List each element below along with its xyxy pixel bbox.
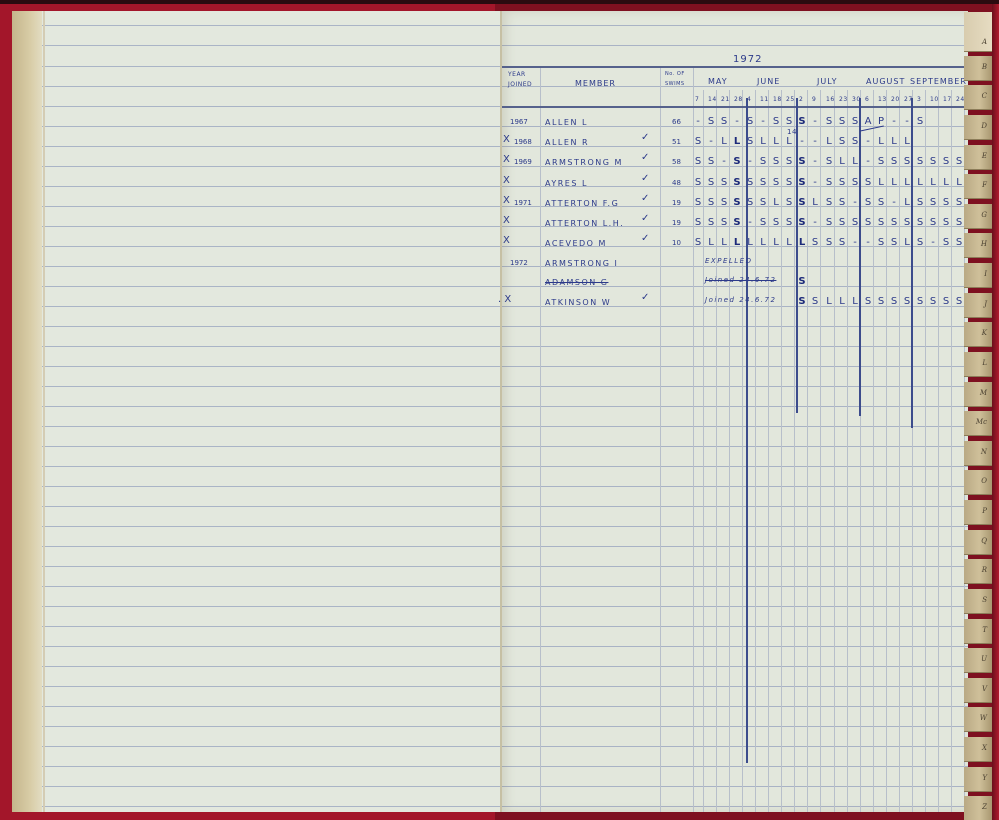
index-tab-letter: F: [982, 181, 987, 189]
index-tab-letter: T: [982, 626, 987, 634]
attendance-mark: S: [693, 137, 703, 147]
attendance-mark: L: [850, 297, 860, 307]
attendance-mark: S: [810, 238, 820, 248]
index-tab-g[interactable]: G: [964, 204, 992, 229]
attendance-mark: S: [758, 198, 768, 208]
date-label: 18: [773, 97, 782, 103]
attendance-mark: L: [902, 238, 912, 248]
attendance-mark: L: [706, 238, 716, 248]
index-tab-letter: I: [984, 270, 987, 278]
grid-column-line: [951, 90, 952, 812]
attendance-mark: L: [771, 238, 781, 248]
attendance-mark: L: [784, 238, 794, 248]
index-tab-letter: W: [980, 714, 987, 722]
attendance-mark: S: [837, 117, 847, 127]
member-name: ACEVEDO M: [545, 240, 607, 248]
attendance-mark: S: [837, 178, 847, 188]
attendance-mark: S: [706, 178, 716, 188]
index-tab-letter: H: [981, 240, 987, 248]
attendance-mark: L: [797, 238, 807, 248]
attendance-mark: S: [876, 157, 886, 167]
attendance-mark: S: [706, 117, 716, 127]
attendance-mark: S: [810, 297, 820, 307]
index-tab-c[interactable]: C: [964, 85, 992, 110]
attendance-mark: -: [810, 178, 820, 188]
index-tab-letter: Mc: [976, 418, 987, 426]
attendance-mark: S: [863, 297, 873, 307]
index-tab-letter: P: [982, 507, 987, 515]
attendance-mark: L: [902, 137, 912, 147]
month-label-august: AUGUST: [866, 78, 905, 86]
attendance-mark: -: [863, 238, 873, 248]
attendance-mark: S: [941, 297, 951, 307]
attendance-mark: S: [824, 157, 834, 167]
header-swims-2: SWIMS: [665, 82, 685, 87]
month-label-may: MAY: [708, 78, 728, 86]
attendance-mark: S: [902, 157, 912, 167]
grid-column-line: [820, 90, 821, 812]
attendance-mark: L: [941, 178, 951, 188]
year-joined: 1971: [514, 200, 532, 207]
annotation-note: 14: [787, 129, 797, 136]
index-tab-l[interactable]: L: [964, 352, 992, 377]
index-tab-letter: C: [982, 92, 987, 100]
index-tab-t[interactable]: T: [964, 619, 992, 644]
attendance-mark: L: [876, 178, 886, 188]
attendance-mark: -: [706, 137, 716, 147]
swim-count: 19: [672, 220, 681, 227]
attendance-mark: L: [850, 157, 860, 167]
attendance-mark: S: [889, 297, 899, 307]
attendance-mark: S: [850, 218, 860, 228]
attendance-mark: -: [693, 117, 703, 127]
header-year-joined-1: YEAR: [508, 72, 526, 78]
attendance-mark: S: [732, 218, 742, 228]
attendance-mark: S: [732, 178, 742, 188]
attendance-mark: L: [928, 178, 938, 188]
attendance-mark: -: [745, 157, 755, 167]
attendance-mark: S: [784, 117, 794, 127]
date-label: 6: [865, 97, 869, 103]
index-tab-p[interactable]: P: [964, 500, 992, 525]
index-tab-y[interactable]: Y: [964, 767, 992, 792]
attendance-mark: L: [889, 137, 899, 147]
date-label: 10: [930, 97, 939, 103]
attendance-mark: -: [810, 218, 820, 228]
attendance-mark: L: [758, 137, 768, 147]
index-tab-b[interactable]: B: [964, 56, 992, 81]
header-swims-1: No. OF: [665, 72, 685, 77]
attendance-mark: S: [889, 238, 899, 248]
attendance-mark: S: [797, 117, 807, 127]
attendance-mark: S: [837, 218, 847, 228]
header-top-rule: [502, 66, 964, 68]
attendance-mark: S: [837, 137, 847, 147]
attendance-mark: S: [928, 198, 938, 208]
attendance-mark: S: [824, 198, 834, 208]
swim-count: 48: [672, 180, 681, 187]
index-tab-letter: U: [981, 655, 987, 663]
attendance-mark: S: [902, 297, 912, 307]
attendance-mark: S: [758, 218, 768, 228]
attendance-mark: S: [758, 178, 768, 188]
grid-column-line: [540, 66, 541, 812]
attendance-mark: S: [863, 218, 873, 228]
index-tab-m[interactable]: M: [964, 382, 992, 407]
date-label: 14: [708, 97, 717, 103]
attendance-mark: S: [928, 297, 938, 307]
date-label: 21: [721, 97, 730, 103]
attendance-mark: S: [876, 218, 886, 228]
date-label: 13: [878, 97, 887, 103]
attendance-mark: -: [745, 218, 755, 228]
attendance-mark: L: [837, 297, 847, 307]
index-tab-a[interactable]: A: [964, 12, 992, 52]
member-name: ARMSTRONG M: [545, 159, 623, 167]
attendance-mark: S: [784, 178, 794, 188]
grid-column-line: [886, 90, 887, 812]
date-label: 16: [826, 97, 835, 103]
attendance-mark: S: [693, 157, 703, 167]
grid-column-line: [742, 90, 743, 812]
attendance-mark: S: [824, 178, 834, 188]
attendance-mark: S: [954, 297, 964, 307]
checkmark-icon: ✓: [641, 133, 649, 143]
attendance-mark: L: [876, 137, 886, 147]
swim-count: 10: [672, 240, 681, 247]
date-label: 7: [695, 97, 699, 103]
attendance-mark: -: [850, 198, 860, 208]
date-label: 11: [760, 97, 769, 103]
date-label: 20: [891, 97, 900, 103]
grid-column-line: [847, 90, 848, 812]
index-tab-x[interactable]: X: [964, 737, 992, 762]
attendance-mark: S: [784, 198, 794, 208]
index-tab-d[interactable]: D: [964, 115, 992, 140]
attendance-mark: S: [771, 157, 781, 167]
month-label-september: SEPTEMBER: [910, 78, 967, 86]
date-label: 23: [839, 97, 848, 103]
index-tab-letter: N: [981, 448, 987, 456]
attendance-mark: S: [850, 117, 860, 127]
index-tab-q[interactable]: Q: [964, 530, 992, 555]
index-tab-letter: E: [982, 152, 987, 160]
swim-count: 19: [672, 200, 681, 207]
attendance-mark: S: [706, 157, 716, 167]
attendance-mark: L: [771, 198, 781, 208]
attendance-mark: L: [915, 178, 925, 188]
attendance-mark: S: [915, 297, 925, 307]
index-tab-letter: D: [981, 122, 987, 130]
x-mark: X: [503, 176, 510, 186]
member-name: ADAMSON G: [545, 279, 608, 287]
attendance-mark: S: [837, 238, 847, 248]
grid-column-line: [925, 90, 926, 812]
attendance-mark: -: [850, 238, 860, 248]
attendance-mark: -: [732, 117, 742, 127]
x-mark: X: [503, 135, 510, 145]
grid-column-line: [938, 90, 939, 812]
attendance-mark: L: [758, 238, 768, 248]
x-mark: . X: [498, 295, 511, 305]
left-page-margin-line: [43, 11, 45, 812]
year-joined: 1968: [514, 139, 532, 146]
date-label: 17: [943, 97, 952, 103]
attendance-mark: S: [719, 218, 729, 228]
attendance-mark: S: [941, 157, 951, 167]
attendance-mark: L: [719, 137, 729, 147]
attendance-mark: S: [719, 178, 729, 188]
index-tab-letter: L: [982, 359, 987, 367]
index-tab-letter: Y: [982, 774, 987, 782]
left-page: [12, 11, 500, 812]
index-tab-mc[interactable]: Mc: [964, 411, 992, 436]
index-tab-h[interactable]: H: [964, 233, 992, 258]
checkmark-icon: ✓: [641, 174, 649, 184]
attendance-mark: S: [850, 178, 860, 188]
checkmark-icon: ✓: [641, 234, 649, 244]
grid-column-line: [660, 66, 661, 812]
attendance-mark: S: [745, 117, 755, 127]
attendance-mark: S: [824, 117, 834, 127]
member-status: Joined 24.6.72: [705, 297, 776, 304]
attendance-mark: S: [745, 178, 755, 188]
checkmark-icon: ✓: [641, 194, 649, 204]
attendance-mark: S: [771, 218, 781, 228]
attendance-mark: S: [784, 218, 794, 228]
index-tab-w[interactable]: W: [964, 707, 992, 732]
attendance-mark: S: [719, 117, 729, 127]
attendance-mark: -: [810, 137, 820, 147]
grid-column-line: [807, 90, 808, 812]
grid-column-line: [729, 90, 730, 812]
index-tab-letter: O: [981, 477, 987, 485]
attendance-mark: S: [745, 137, 755, 147]
attendance-mark: S: [745, 198, 755, 208]
member-name: ALLEN R: [545, 139, 589, 147]
attendance-mark: S: [954, 238, 964, 248]
index-tab-letter: M: [980, 389, 987, 397]
index-tab-k[interactable]: K: [964, 322, 992, 347]
attendance-mark: S: [693, 178, 703, 188]
attendance-mark: S: [719, 198, 729, 208]
index-tab-letter: Z: [982, 803, 987, 811]
attendance-mark: S: [889, 157, 899, 167]
member-status: Joined 24.6.72: [705, 277, 776, 284]
date-label: 3: [917, 97, 921, 103]
index-tab-letter: V: [982, 685, 987, 693]
header-year-joined-2: JOINED: [508, 82, 532, 88]
left-page-ruled-area: [42, 11, 500, 812]
attendance-mark: -: [902, 117, 912, 127]
attendance-mark: S: [771, 178, 781, 188]
year-joined: 1969: [514, 159, 532, 166]
attendance-mark: S: [706, 218, 716, 228]
attendance-mark: S: [797, 198, 807, 208]
index-tab-o[interactable]: O: [964, 470, 992, 495]
checkmark-icon: ✓: [641, 153, 649, 163]
grid-column-line: [794, 90, 795, 812]
header-member: MEMBER: [575, 80, 616, 88]
index-tab-letter: R: [982, 566, 987, 574]
attendance-mark: S: [732, 157, 742, 167]
index-tab-s[interactable]: S: [964, 589, 992, 614]
attendance-mark: S: [706, 198, 716, 208]
alphabet-index-tabs: ABCDEFGHIJKLMMcNOPQRSTUVWXYZ: [964, 10, 992, 812]
date-label: 4: [747, 97, 751, 103]
index-tab-letter: X: [982, 744, 987, 752]
index-tab-n[interactable]: N: [964, 441, 992, 466]
attendance-mark: S: [876, 198, 886, 208]
attendance-mark: S: [693, 198, 703, 208]
grid-column-line: [716, 90, 717, 812]
member-status: EXPELLED: [705, 258, 752, 265]
attendance-mark: S: [954, 157, 964, 167]
member-name: ATTERTON F.G: [545, 200, 619, 208]
attendance-mark: S: [915, 238, 925, 248]
swim-count: 66: [672, 119, 681, 126]
attendance-mark: S: [889, 218, 899, 228]
grid-column-line: [781, 90, 782, 812]
attendance-mark: S: [941, 198, 951, 208]
grid-column-line: [834, 90, 835, 812]
attendance-mark: S: [928, 218, 938, 228]
attendance-mark: L: [902, 178, 912, 188]
attendance-mark: -: [797, 137, 807, 147]
attendance-mark: S: [797, 218, 807, 228]
member-name: ARMSTRONG I: [545, 260, 618, 268]
index-tab-r[interactable]: R: [964, 559, 992, 584]
index-tab-letter: A: [982, 38, 987, 46]
date-label: 28: [734, 97, 743, 103]
attendance-mark: S: [797, 178, 807, 188]
book-gutter: [500, 11, 502, 812]
attendance-mark: -: [889, 198, 899, 208]
attendance-mark: S: [954, 198, 964, 208]
member-name: ATKINSON W: [545, 299, 611, 307]
index-tab-e[interactable]: E: [964, 145, 992, 170]
attendance-mark: S: [824, 218, 834, 228]
grid-column-line: [755, 90, 756, 812]
attendance-mark: S: [732, 198, 742, 208]
page-edges: [12, 11, 42, 812]
attendance-mark: L: [745, 238, 755, 248]
attendance-mark: L: [771, 137, 781, 147]
date-label: 25: [786, 97, 795, 103]
checkmark-icon: ✓: [641, 293, 649, 303]
attendance-mark: L: [810, 198, 820, 208]
attendance-mark: L: [824, 297, 834, 307]
attendance-mark: S: [863, 178, 873, 188]
year-joined: 1967: [510, 119, 528, 126]
x-mark: X: [503, 196, 510, 206]
checkmark-icon: ✓: [641, 214, 649, 224]
grid-column-line: [768, 90, 769, 812]
attendance-mark: S: [850, 137, 860, 147]
attendance-mark: L: [732, 137, 742, 147]
attendance-mark: L: [954, 178, 964, 188]
attendance-mark: -: [928, 238, 938, 248]
attendance-mark: S: [954, 218, 964, 228]
swim-count: 58: [672, 159, 681, 166]
attendance-mark: S: [915, 117, 925, 127]
attendance-mark: S: [915, 157, 925, 167]
attendance-mark: S: [941, 218, 951, 228]
date-label: 30: [852, 97, 861, 103]
index-tab-i[interactable]: I: [964, 263, 992, 288]
attendance-mark: S: [824, 238, 834, 248]
attendance-mark: S: [876, 297, 886, 307]
index-tab-u[interactable]: U: [964, 648, 992, 673]
date-label: 2: [799, 97, 803, 103]
attendance-mark: S: [693, 238, 703, 248]
attendance-mark: S: [797, 297, 807, 307]
attendance-mark: S: [797, 277, 807, 287]
attendance-mark: -: [810, 157, 820, 167]
attendance-mark: S: [863, 198, 873, 208]
index-tab-letter: Q: [981, 537, 987, 545]
attendance-mark: L: [837, 157, 847, 167]
attendance-mark: -: [863, 157, 873, 167]
attendance-mark: -: [889, 117, 899, 127]
index-tab-j[interactable]: J: [964, 293, 992, 318]
attendance-mark: L: [889, 178, 899, 188]
index-tab-letter: G: [981, 211, 987, 219]
swim-count: 51: [672, 139, 681, 146]
x-mark: X: [503, 216, 510, 226]
attendance-mark: S: [941, 238, 951, 248]
attendance-mark: S: [693, 218, 703, 228]
attendance-mark: -: [810, 117, 820, 127]
index-tab-letter: B: [982, 63, 987, 71]
date-label: 9: [812, 97, 816, 103]
x-mark: X: [503, 155, 510, 165]
attendance-mark: S: [797, 157, 807, 167]
attendance-mark: -: [863, 137, 873, 147]
attendance-mark: S: [928, 157, 938, 167]
index-tab-z[interactable]: Z: [964, 796, 992, 820]
cover-edge: [992, 4, 999, 820]
member-name: AYRES L: [545, 180, 588, 188]
attendance-mark: S: [784, 157, 794, 167]
attendance-mark: L: [719, 238, 729, 248]
right-page: [500, 11, 968, 812]
month-divider-line: [911, 98, 913, 428]
member-name: ATTERTON L.H.: [545, 220, 624, 228]
index-tab-letter: K: [982, 329, 987, 337]
index-tab-f[interactable]: F: [964, 174, 992, 199]
attendance-mark: S: [915, 198, 925, 208]
attendance-mark: S: [876, 238, 886, 248]
date-label: 27: [904, 97, 913, 103]
x-mark: X: [503, 236, 510, 246]
month-label-july: JULY: [817, 78, 838, 86]
index-tab-v[interactable]: V: [964, 678, 992, 703]
attendance-mark: A: [863, 117, 873, 127]
index-tab-letter: S: [982, 596, 987, 604]
attendance-mark: -: [758, 117, 768, 127]
header-bottom-rule: [502, 106, 964, 108]
attendance-mark: -: [719, 157, 729, 167]
index-tab-letter: J: [984, 300, 987, 308]
year-joined: 1972: [510, 260, 528, 267]
attendance-mark: L: [824, 137, 834, 147]
attendance-mark: L: [732, 238, 742, 248]
attendance-mark: S: [902, 218, 912, 228]
attendance-mark: S: [758, 157, 768, 167]
attendance-mark: S: [915, 218, 925, 228]
attendance-mark: S: [771, 117, 781, 127]
